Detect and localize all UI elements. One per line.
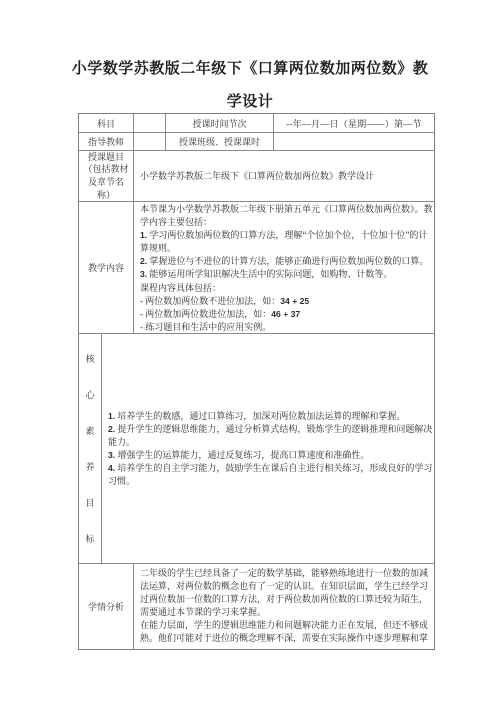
- instructor-label: 指导教师: [79, 133, 134, 150]
- table-row-teaching-content: 教学内容 本节课为小学数学苏教版二年级下册第五单元《口算两位数加两位数》。教学内…: [79, 201, 434, 333]
- text-line: 能力。: [108, 436, 431, 449]
- title-line-1: 小学数学苏教版二年级下《口算两位数加两位数》教: [0, 53, 500, 86]
- subject-label: 科目: [79, 114, 134, 132]
- topic-label-line: 及章节名: [88, 176, 124, 189]
- text-line: - 两位数加两位数不进位加法，如：34 + 25: [140, 295, 431, 308]
- vertical-label-char: 目: [85, 496, 94, 509]
- text-line: 3. 增强学生的运算能力，通过反复练习，提高口算速度和准确性。: [108, 449, 431, 462]
- core-competency-label: 核心素养目标: [79, 334, 102, 563]
- vertical-label-char: 标: [85, 532, 94, 545]
- text-line: - 两位数加两位数进位加法，如：46 + 37: [140, 308, 431, 321]
- text-line: 1. 学习两位数加两位数的口算方法，理解“个位加个位，十位加十位”的计: [140, 229, 431, 242]
- text-line: 法运算，对两位数的概念也有了一定的认识。在知识层面，学生已经学习: [140, 580, 431, 593]
- table-row-topic: 授课题目 （包括教材 及章节名 称） 小学数学苏教版二年级下《口算两位数加两位数…: [79, 150, 434, 201]
- core-competency-cell: 1. 培养学生的数感，通过口算练习，加深对两位数加法运算的理解和掌握。2. 提升…: [102, 334, 434, 563]
- text-line: - 练习题目和生活中的应用实例。: [140, 321, 431, 333]
- teaching-content-label: 教学内容: [79, 202, 134, 333]
- class-session-value: [274, 133, 434, 150]
- text-line: 2. 掌握进位与不进位的计算方法，能够正确进行两位数加两位数的口算。: [140, 255, 431, 268]
- vertical-label-char: 素: [85, 424, 94, 437]
- text-line: 算规则。: [140, 242, 431, 255]
- topic-content-cell: 小学数学苏教版二年级下《口算两位数加两位数》教学设计: [134, 151, 434, 201]
- table-row-learner-analysis: 学情分析 二年级的学生已经具备了一定的数学基础，能够熟练地进行一位数的加减法运算…: [79, 563, 434, 649]
- vertical-label-char: 核: [85, 352, 94, 365]
- lesson-plan-table: 科目 授课时间节次 --年—月—日（星期——）第—节 指导教师 授课班级、授课课…: [78, 113, 435, 650]
- subject-value-cell: [134, 114, 166, 132]
- text-line: 课程内容具体包括：: [140, 282, 431, 295]
- teaching-content-cell: 本节课为小学数学苏教版二年级下册第五单元《口算两位数加两位数》。教学内容主要包括…: [134, 202, 434, 333]
- learner-analysis-label: 学情分析: [79, 564, 134, 649]
- text-line: 二年级的学生已经具备了一定的数学基础，能够熟练地进行一位数的加减: [140, 567, 431, 580]
- class-session-label: 授课班级、授课课时: [166, 133, 274, 150]
- table-row-subject: 科目 授课时间节次 --年—月—日（星期——）第—节: [79, 114, 434, 132]
- topic-content-text: 小学数学苏教版二年级下《口算两位数加两位数》教学设计: [140, 170, 431, 183]
- text-line: 2. 提升学生的逻辑思维能力，通过分析算式结构，锻炼学生的逻辑推理和问题解决: [108, 423, 431, 436]
- topic-label: 授课题目 （包括教材 及章节名 称）: [79, 151, 134, 201]
- text-line: 过两位数加一位数的口算方法，对于两位数加两位数的口算还较为陌生，: [140, 593, 431, 606]
- table-row-instructor: 指导教师 授课班级、授课课时: [79, 132, 434, 150]
- text-line: 习惯。: [108, 475, 431, 488]
- vertical-label-char: 心: [85, 388, 94, 401]
- learner-analysis-cell: 二年级的学生已经具备了一定的数学基础，能够熟练地进行一位数的加减法运算，对两位数…: [134, 564, 434, 649]
- class-time-label: 授课时间节次: [166, 114, 274, 132]
- text-line: 需要通过本节课的学习来掌握。: [140, 606, 431, 619]
- topic-label-line: 称）: [97, 189, 115, 201]
- table-row-core-competency: 核心素养目标 1. 培养学生的数感，通过口算练习，加深对两位数加法运算的理解和掌…: [79, 333, 434, 563]
- topic-label-line: （包括教材: [83, 163, 128, 176]
- text-line: 学内容主要包括：: [140, 216, 431, 229]
- text-line: 4. 培养学生的自主学习能力，鼓励学生在课后自主进行相关练习，形成良好的学习: [108, 462, 431, 475]
- document-title: 小学数学苏教版二年级下《口算两位数加两位数》教 学设计: [0, 53, 500, 119]
- vertical-label-char: 养: [85, 460, 94, 473]
- text-line: 1. 培养学生的数感，通过口算练习，加深对两位数加法运算的理解和掌握。: [108, 410, 431, 423]
- text-line: 3. 能够运用所学知识解决生活中的实际问题，如购物、计数等。: [140, 268, 431, 281]
- text-line: 熟。他们可能对于进位的概念理解不深，需要在实际操作中逐步理解和掌: [140, 632, 431, 645]
- document-page: 小学数学苏教版二年级下《口算两位数加两位数》教 学设计 科目 授课时间节次 --…: [0, 0, 500, 707]
- topic-label-line: 授课题目: [88, 151, 124, 163]
- text-line: 本节课为小学数学苏教版二年级下册第五单元《口算两位数加两位数》。教: [140, 203, 431, 216]
- text-line: 在能力层面，学生的逻辑思维能力和问题解决能力正在发展，但还不够成: [140, 619, 431, 632]
- instructor-value-cell: [134, 133, 166, 150]
- class-time-value: --年—月—日（星期——）第—节: [274, 114, 434, 132]
